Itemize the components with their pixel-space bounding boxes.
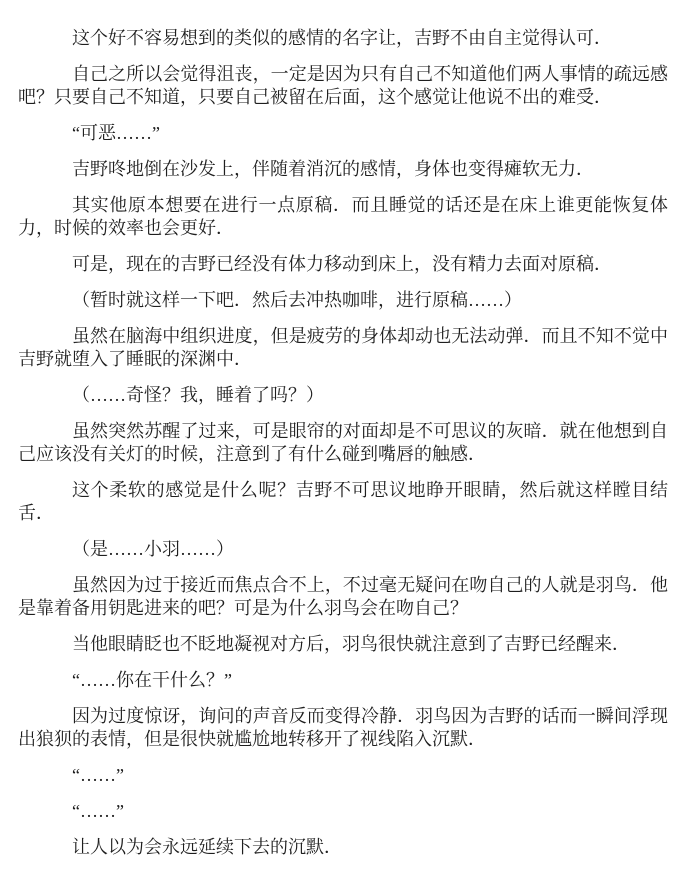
paragraph-8: 虽然在脑海中组织进度，但是疲劳的身体却动也无法动弹．而且不知不觉中吉野就堕入了睡… — [18, 325, 668, 371]
paragraph-5: 其实他原本想要在进行一点原稿．而且睡觉的话还是在床上谁更能恢复体力，时候的效率也… — [18, 194, 668, 240]
paragraph-3-dialogue: “可恶……” — [18, 122, 668, 145]
paragraph-6: 可是，现在的吉野已经没有体力移动到床上，没有精力去面对原稿． — [18, 253, 668, 276]
paragraph-4: 吉野咚地倒在沙发上，伴随着消沉的感情，身体也变得瘫软无力． — [18, 158, 668, 181]
paragraph-2: 自己之所以会觉得沮丧，一定是因为只有自己不知道他们两人事情的疏远感吧？只要自己不… — [18, 63, 668, 109]
paragraph-14: 当他眼睛眨也不眨地凝视对方后，羽鸟很快就注意到了吉野已经醒来． — [18, 633, 668, 656]
paragraph-17-dialogue: “……” — [18, 764, 668, 787]
paragraph-19: 让人以为会永远延续下去的沉默． — [18, 836, 668, 859]
paragraph-9-inner-thought: （……奇怪？我，睡着了吗？） — [18, 384, 668, 407]
paragraph-10: 虽然突然苏醒了过来，可是眼帘的对面却是不可思议的灰暗．就在他想到自己应该没有关灯… — [18, 420, 668, 466]
novel-text-page: 这个好不容易想到的类似的感情的名字让，吉野不由自主觉得认可． 自己之所以会觉得沮… — [0, 0, 680, 880]
paragraph-12-inner-thought: （是……小羽……） — [18, 538, 668, 561]
paragraph-11: 这个柔软的感觉是什么呢？吉野不可思议地睁开眼睛，然后就这样瞠目结舌． — [18, 479, 668, 525]
paragraph-1: 这个好不容易想到的类似的感情的名字让，吉野不由自主觉得认可． — [18, 27, 668, 50]
paragraph-18-dialogue: “……” — [18, 800, 668, 823]
paragraph-15-dialogue: “……你在干什么？” — [18, 669, 668, 692]
paragraph-7-inner-thought: （暂时就这样一下吧．然后去冲热咖啡，进行原稿……） — [18, 289, 668, 312]
paragraph-13: 虽然因为过于接近而焦点合不上，不过毫无疑问在吻自己的人就是羽鸟．他是靠着备用钥匙… — [18, 574, 668, 620]
paragraph-16: 因为过度惊讶，询问的声音反而变得冷静．羽鸟因为吉野的话而一瞬间浮现出狼狈的表情，… — [18, 705, 668, 751]
